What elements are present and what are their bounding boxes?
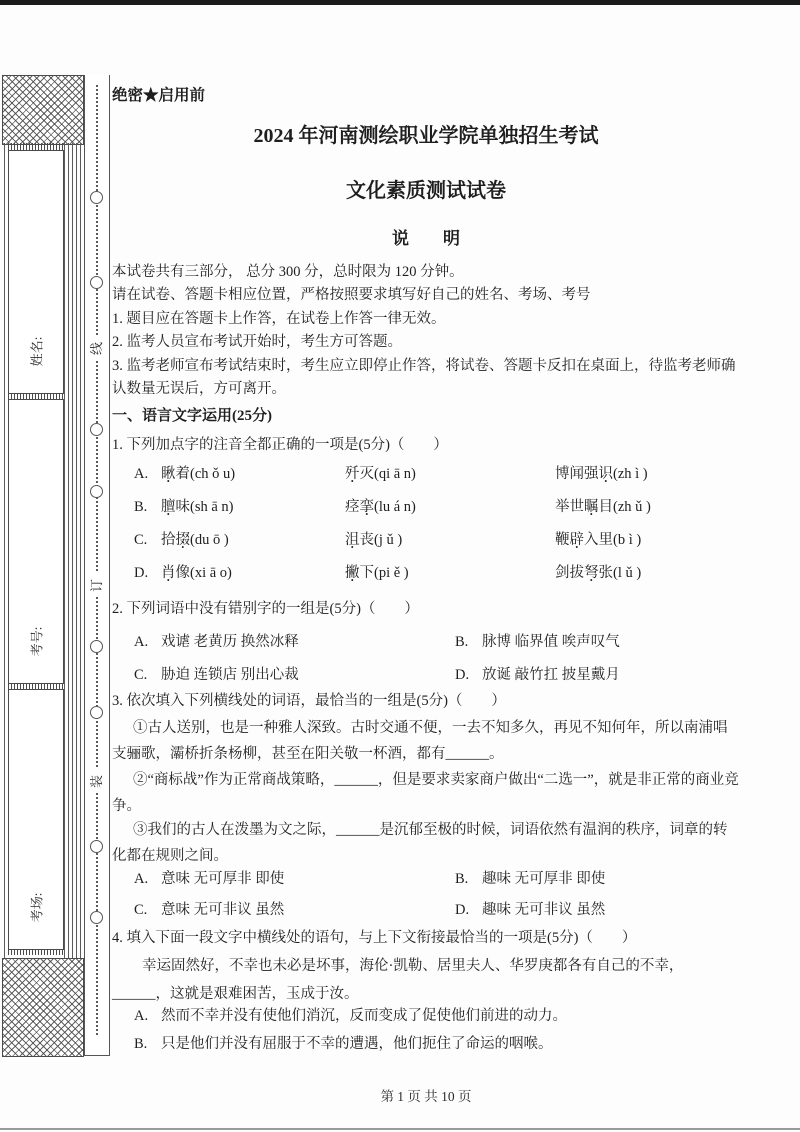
- secret-label: 绝密★启用前: [112, 84, 740, 108]
- seal-rail-left: [4, 143, 5, 958]
- section1-heading: 一、语言文字运用(25分): [112, 404, 740, 428]
- exam-number-field-label: 考号:: [27, 627, 46, 657]
- notice-line: 2. 监考人员宣布考试开始时，考生方可答题。: [112, 331, 740, 354]
- question3-options: A.意味 无可厚非 即使 B.趣味 无可厚非 即使 C.意味 无可非议 虽然 D…: [112, 867, 740, 929]
- question1-stem: 1. 下列加点字的注音全都正确的一项是(5分)（ ）: [112, 433, 740, 457]
- option-word: 膻味(sh ā n): [161, 495, 345, 528]
- option-word: 举世瞩目(zh ǔ ): [555, 495, 740, 528]
- option-word: 剑拔弩张(l ǔ ): [555, 561, 740, 594]
- name-field-box: 姓名:: [8, 150, 64, 394]
- option-label: A.: [134, 462, 161, 495]
- seal-hatch-bottom: [2, 958, 84, 1057]
- option-b: B.只是他们并没有屈服于不幸的遭遇，他们扼住了命运的咽喉。: [112, 1032, 740, 1056]
- option-d: D.趣味 无可非议 虽然: [455, 898, 740, 929]
- notice-line: 1. 题目应在答题卡上作答，在试卷上作答一律无效。: [112, 308, 740, 331]
- binding-circle: [90, 276, 103, 289]
- option-word: 肖像(xi ā o): [161, 561, 345, 594]
- question3-passage-1: ①古人送别，也是一种雅人深致。古时交通不便，一去不知多久，再见不知何年，所以南浦…: [112, 715, 740, 767]
- binding-circle: [90, 911, 103, 924]
- question3-passage-3: ③我们的古人在泼墨为文之际，______是沉郁至极的时候，词语依然有温润的秩序，…: [112, 817, 740, 869]
- question4-passage: 幸运固然好，不幸也未必是坏事，海伦·凯勒、居里夫人、华罗庚都各有自己的不幸，__…: [112, 952, 740, 1008]
- option-b: B.脉博 临界值 唉声叹气: [455, 630, 740, 663]
- option-word: 博闻强识(zh ì ): [555, 462, 740, 495]
- top-rule: [0, 0, 800, 5]
- option-a: A.意味 无可厚非 即使: [134, 867, 455, 898]
- question2-options: A.戏谑 老黄历 换然冰释 B.脉博 临界值 唉声叹气 C.胁迫 连锁店 别出心…: [112, 630, 740, 696]
- question3-passage-2: ②“商标战”作为正常商战策略，______，但是要求卖家商户做出“二选一”，就是…: [112, 767, 740, 819]
- exam-number-field-box: 考号:: [8, 399, 64, 684]
- option-word: 瞅着(ch ǒ u): [161, 462, 345, 495]
- option-d: D. 肖像(xi ā o) 撇下(pi ě ) 剑拔弩张(l ǔ ): [112, 561, 740, 594]
- notice-heading: 说 明: [112, 227, 740, 251]
- binding-char-pack: 装: [85, 769, 107, 793]
- binding-circle: [90, 485, 103, 498]
- notice-line: 3. 监考老师宣布考试结束时，考生应立即停止作答，将试卷、答题卡反扣在桌面上，待…: [112, 355, 740, 402]
- option-word: 沮丧(j ǔ ): [345, 528, 555, 561]
- question4-stem: 4. 填入下面一段文字中横线处的语句，与上下文衔接最恰当的一项是(5分)（ ）: [112, 926, 740, 950]
- option-label: C.: [134, 528, 161, 561]
- option-word: 痉挛(lu á n): [345, 495, 555, 528]
- option-b: B. 膻味(sh ā n) 痉挛(lu á n) 举世瞩目(zh ǔ ): [112, 495, 740, 528]
- binding-circle: [90, 706, 103, 719]
- option-c: C. 拾掇(du ō ) 沮丧(j ǔ ) 鞭辟入里(b ì ): [112, 528, 740, 561]
- binding-circle: [90, 423, 103, 436]
- binding-circle: [90, 840, 103, 853]
- notice-line: 本试卷共有三部分， 总分 300 分，总时限为 120 分钟。: [112, 261, 740, 284]
- exam-title-line1: 2024 年河南测绘职业学院单独招生考试: [112, 124, 740, 148]
- notice-line: 请在试卷、答题卡相应位置，严格按照要求填写好自己的姓名、考场、考号: [112, 284, 740, 307]
- seal-rail-right: [64, 143, 82, 958]
- page-number: 第 1 页 共 10 页: [112, 1085, 740, 1109]
- option-b: B.趣味 无可厚非 即使: [455, 867, 740, 898]
- binding-circle: [90, 640, 103, 653]
- bottom-rule: [0, 1128, 800, 1130]
- exam-room-field-box: 考场:: [8, 689, 64, 950]
- option-a: A. 瞅着(ch ǒ u) 歼灭(qi ā n) 博闻强识(zh ì ): [112, 462, 740, 495]
- binding-circle: [90, 191, 103, 204]
- binding-line-column: 线 订 装: [84, 75, 110, 1056]
- option-c: C.意味 无可非议 虽然: [134, 898, 455, 929]
- option-word: 歼灭(qi ā n): [345, 462, 555, 495]
- option-a: A.然而不幸并没有使他们消沉，反而变成了促使他们前进的动力。: [112, 1004, 740, 1028]
- notice-block: 本试卷共有三部分， 总分 300 分，总时限为 120 分钟。 请在试卷、答题卡…: [112, 261, 740, 401]
- option-a: A.戏谑 老黄历 换然冰释: [134, 630, 455, 663]
- exam-paper-page: 姓名: 考号: 考场: 线 订 装 绝密★启用前 2024 年河南测绘职业学院单…: [0, 0, 800, 1132]
- question1-options: A. 瞅着(ch ǒ u) 歼灭(qi ā n) 博闻强识(zh ì ) B. …: [112, 462, 740, 594]
- name-field-label: 姓名:: [27, 337, 46, 367]
- option-word: 撇下(pi ě ): [345, 561, 555, 594]
- exam-title-line2: 文化素质测试试卷: [112, 179, 740, 203]
- question3-stem: 3. 依次填入下列横线处的词语，最恰当的一组是(5分)（ ）: [112, 689, 740, 713]
- exam-room-field-label: 考场:: [27, 893, 46, 923]
- option-word: 鞭辟入里(b ì ): [555, 528, 740, 561]
- binding-dotted-line: [96, 85, 98, 1035]
- option-label: B.: [134, 495, 161, 528]
- seal-hatch-top: [2, 75, 84, 145]
- option-label: D.: [134, 561, 161, 594]
- option-word: 拾掇(du ō ): [161, 528, 345, 561]
- question2-stem: 2. 下列词语中没有错别字的一组是(5分)（ ）: [112, 597, 740, 621]
- binding-char-line: 线: [85, 336, 107, 360]
- binding-char-order: 订: [85, 573, 107, 597]
- seal-divider: [8, 143, 63, 150]
